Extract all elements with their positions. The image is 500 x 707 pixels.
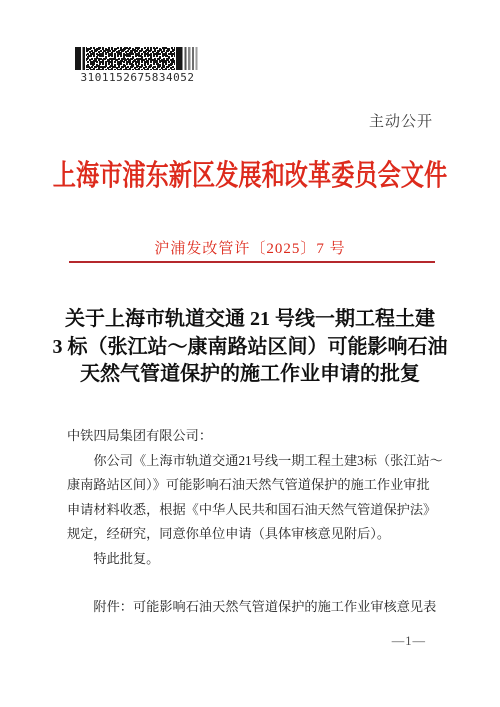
barcode: 3101152675834052 bbox=[75, 47, 200, 84]
title-line-3: 天然气管道保护的施工作业申请的批复 bbox=[0, 361, 500, 389]
body-salutation: 中铁四局集团有限公司： bbox=[67, 424, 438, 449]
barcode-icon bbox=[75, 47, 200, 70]
body-line: 申请材料收悉，根据《中华人民共和国石油天然气管道保护法》 bbox=[67, 498, 438, 523]
body-closing: 特此批复。 bbox=[67, 547, 438, 572]
agency-title: 上海市浦东新区发展和改革委员会文件 bbox=[50, 153, 450, 194]
disclosure-label: 主动公开 bbox=[369, 110, 433, 131]
document-page: 3101152675834052 主动公开 上海市浦东新区发展和改革委员会文件 … bbox=[0, 0, 500, 707]
attachment-line: 附件：可能影响石油天然气管道保护的施工作业审核意见表 bbox=[67, 596, 467, 615]
title-line-2: 3 标（张江站～康南路站区间）可能影响石油 bbox=[0, 334, 500, 362]
document-body: 中铁四局集团有限公司： 你公司《上海市轨道交通21号线一期工程土建3标（张江站～… bbox=[67, 424, 438, 572]
body-line: 规定，经研究，同意你单位申请（具体审核意见附后）。 bbox=[67, 522, 438, 547]
red-divider-line bbox=[69, 261, 435, 263]
page-number: —1— bbox=[392, 634, 426, 649]
doc-number: 沪浦发改管许〔2025〕7 号 bbox=[0, 237, 500, 258]
body-line: 康南路站区间）》可能影响石油天然气管道保护的施工作业审批 bbox=[67, 473, 438, 498]
barcode-number: 3101152675834052 bbox=[75, 71, 200, 84]
title-line-1: 关于上海市轨道交通 21 号线一期工程土建 bbox=[0, 306, 500, 334]
document-title: 关于上海市轨道交通 21 号线一期工程土建 3 标（张江站～康南路站区间）可能影… bbox=[0, 306, 500, 389]
body-line: 你公司《上海市轨道交通21号线一期工程土建3标（张江站～ bbox=[67, 449, 438, 474]
